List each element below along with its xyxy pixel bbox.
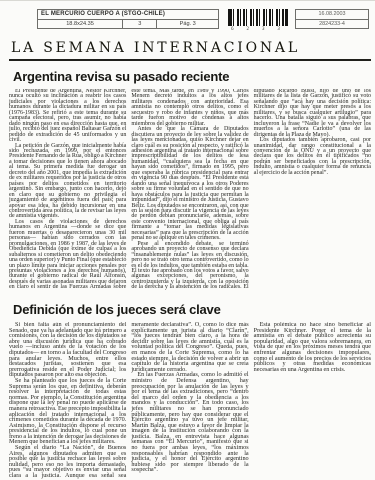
clipping-date: 16.08.2003 [296, 10, 369, 20]
article2-body: Si bien falta aún el pronunciamiento del… [9, 322, 371, 480]
article1-headline: Argentina revisa su pasado reciente [13, 69, 371, 84]
clipping-page-number: Pág. 3 [157, 19, 219, 29]
masthead-rule [9, 59, 371, 61]
clipping-column-number: 3 [123, 19, 157, 29]
article2-headline: Definición de los jueces será clave [13, 302, 371, 317]
article2-paragraph: En las Fuerzas Armadas, como lo admitió … [131, 372, 248, 473]
barcode-block: 6 2 3 3 [228, 9, 288, 32]
clipping-meta-row: EL MERCURIO CUERPO A (STGO-CHILE) 18.8x2… [37, 9, 371, 32]
article1-paragraph: Antes de que la Cámara de Diputados disc… [131, 127, 248, 242]
article2-paragraph: Se ha planteado que los jueces de la Cor… [9, 378, 126, 445]
date-code-table: 16.08.2003 2824233-4 [295, 9, 369, 29]
article1-paragraph: Los diputados también aprobaron, casi po… [254, 138, 371, 176]
article1-paragraph: El Presidente de Argentina, Néstor Kirch… [9, 89, 126, 144]
clipping-meta-table: EL MERCURIO CUERPO A (STGO-CHILE) 18.8x2… [37, 9, 219, 29]
barcode-icon [228, 9, 288, 26]
clipping-size: 18.8x24.35 [38, 19, 123, 29]
section-title: LA SEMANA INTERNACIONAL [11, 40, 371, 56]
article1-body: El Presidente de Argentina, Néstor Kirch… [9, 89, 371, 292]
source-name: EL MERCURIO CUERPO A (STGO-CHILE) [38, 10, 219, 20]
article2-paragraph: Esta polémica no hace sino beneficiar al… [254, 322, 371, 372]
newspaper-clipping-page: EL MERCURIO CUERPO A (STGO-CHILE) 18.8x2… [0, 0, 375, 480]
article1-paragraph: La petición de Garzón, que inicialmente … [9, 144, 126, 220]
barcode-digits: 6 2 3 3 [228, 27, 288, 32]
clipping-code: 2824233-4 [296, 19, 369, 29]
article2-paragraph: Si bien falta aún el pronunciamiento del… [9, 322, 126, 378]
